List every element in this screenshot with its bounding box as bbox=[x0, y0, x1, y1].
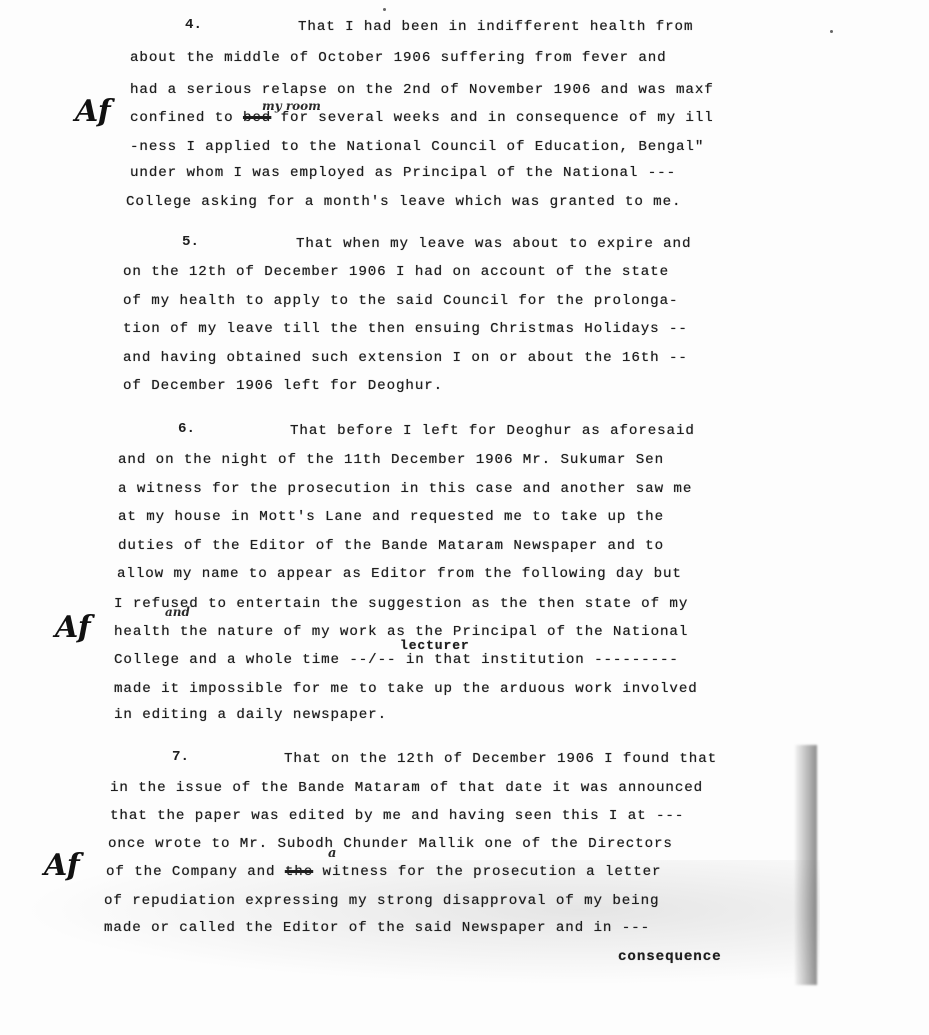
text-line: made or called the Editor of the said Ne… bbox=[104, 918, 650, 938]
text-line: under whom I was employed as Principal o… bbox=[130, 163, 676, 183]
text-line: in editing a daily newspaper. bbox=[114, 705, 387, 725]
text-line: allow my name to appear as Editor from t… bbox=[117, 564, 682, 584]
text-line: -ness I applied to the National Council … bbox=[130, 137, 704, 157]
text-line: had a serious relapse on the 2nd of Nove… bbox=[130, 80, 714, 100]
scan-edge-shadow bbox=[795, 745, 817, 985]
margin-initials-mark: Af bbox=[55, 610, 91, 645]
line-start: confined to bbox=[130, 110, 243, 126]
text-line: College and a whole time --/-- in that i… bbox=[114, 650, 679, 670]
text-line: that the paper was edited by me and havi… bbox=[110, 806, 684, 826]
text-line: College asking for a month's leave which… bbox=[126, 192, 681, 212]
text-line: tion of my leave till the then ensuing C… bbox=[123, 319, 688, 339]
struck-word: bed bbox=[243, 110, 271, 126]
text-line: That I had been in indifferent health fr… bbox=[298, 17, 693, 37]
scanned-document-page: 4. That I had been in indifferent health… bbox=[0, 0, 929, 1035]
text-line: I refused to entertain the suggestion as… bbox=[114, 594, 688, 614]
text-line: consequence bbox=[618, 947, 722, 967]
text-line: That on the 12th of December 1906 I foun… bbox=[284, 749, 717, 769]
text-line: and on the night of the 11th December 19… bbox=[118, 450, 664, 470]
margin-initials-mark: Af bbox=[75, 94, 111, 129]
text-line: of December 1906 left for Deoghur. bbox=[123, 376, 443, 396]
text-line: made it impossible for me to take up the… bbox=[114, 679, 698, 699]
text-line: of my health to apply to the said Counci… bbox=[123, 291, 678, 311]
text-line: That before I left for Deoghur as afores… bbox=[290, 421, 695, 441]
handwritten-insertion: a bbox=[328, 846, 336, 861]
text-line: in the issue of the Bande Mataram of tha… bbox=[110, 778, 703, 798]
speck bbox=[830, 30, 833, 33]
text-line: of repudiation expressing my strong disa… bbox=[104, 891, 659, 911]
paragraph-number: 6. bbox=[178, 421, 195, 437]
handwritten-insertion-and: and bbox=[165, 605, 190, 619]
text-line: of the Company and the witness for the p… bbox=[106, 862, 661, 882]
text-line: That when my leave was about to expire a… bbox=[296, 234, 691, 254]
struck-word: the bbox=[285, 864, 313, 880]
text-line: confined to bed for several weeks and in… bbox=[130, 108, 714, 128]
text-line: duties of the Editor of the Bande Matara… bbox=[118, 536, 664, 556]
text-line: a witness for the prosecution in this ca… bbox=[118, 479, 692, 499]
paragraph-number: 7. bbox=[172, 749, 189, 765]
text-line: on the 12th of December 1906 I had on ac… bbox=[123, 262, 669, 282]
text-line: and having obtained such extension I on … bbox=[123, 348, 688, 368]
text-line: once wrote to Mr. Subodh Chunder Mallik … bbox=[108, 834, 673, 854]
text-line: at my house in Mott's Lane and requested… bbox=[118, 507, 664, 527]
margin-initials-mark: Af bbox=[44, 848, 80, 883]
paragraph-number: 5. bbox=[182, 234, 199, 250]
paragraph-number: 4. bbox=[185, 17, 202, 33]
text-line: about the middle of October 1906 sufferi… bbox=[130, 48, 667, 68]
speck bbox=[383, 8, 386, 11]
